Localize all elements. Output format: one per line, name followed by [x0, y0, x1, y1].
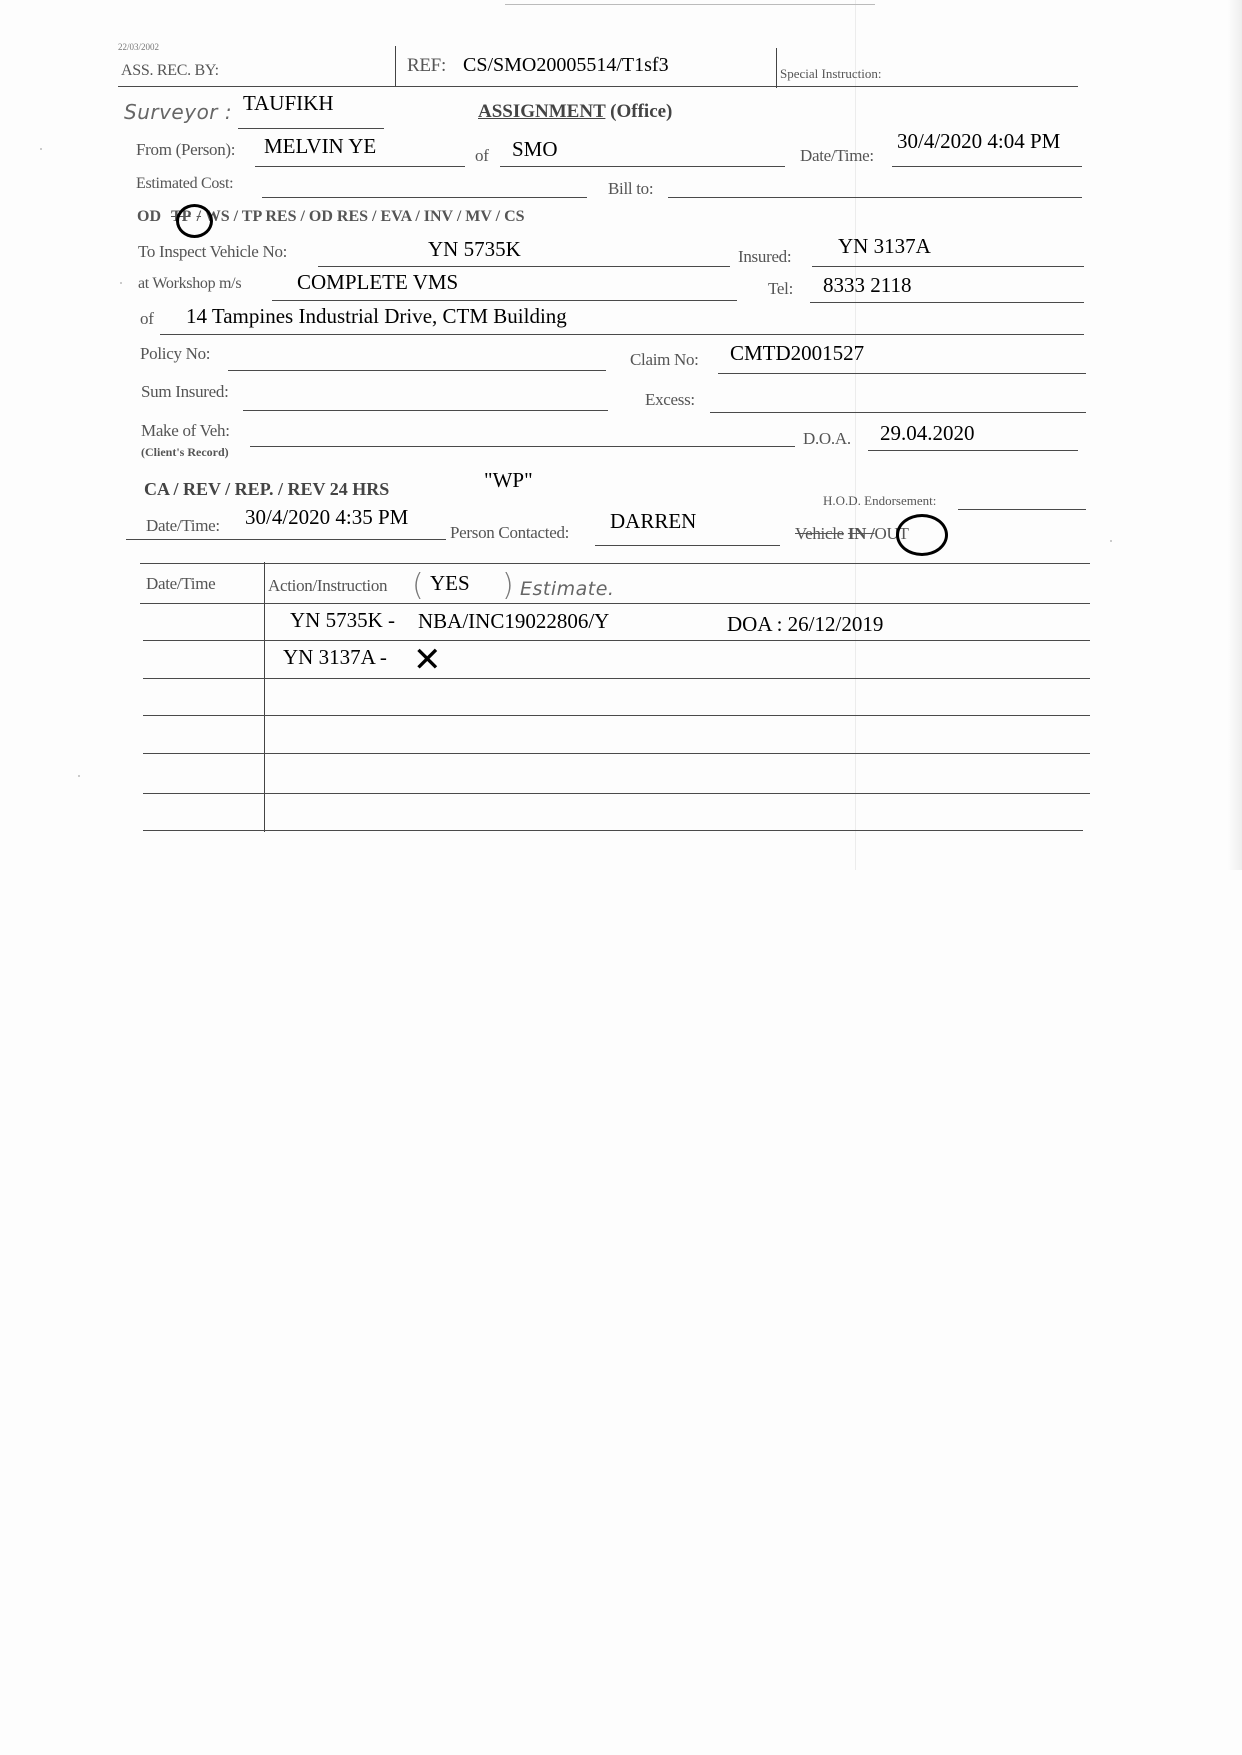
scan-edge-shadow [1228, 0, 1242, 870]
table-row-border [143, 753, 1090, 754]
claim-type-od[interactable]: OD [137, 208, 161, 225]
insured-value[interactable]: YN 3137A [838, 234, 931, 259]
workshop-label: at Workshop m/s [138, 275, 241, 293]
table-row-border [143, 678, 1090, 679]
tel-label: Tel: [768, 279, 793, 299]
hod-endorsement-field[interactable] [958, 509, 1086, 510]
claim-type-others[interactable]: WS / TP RES / OD RES / EVA / INV / MV / … [205, 208, 525, 225]
vehicle-in-option[interactable]: IN / [848, 524, 875, 543]
inspect-vehicle-label: To Inspect Vehicle No: [138, 242, 287, 262]
doa-value[interactable]: 29.04.2020 [880, 421, 975, 446]
person-contacted-value[interactable]: DARREN [610, 509, 696, 534]
speck [120, 282, 122, 284]
special-instruction-label: Special Instruction: [780, 66, 881, 82]
from-person-underline [255, 166, 465, 167]
contact-datetime-underline [126, 539, 446, 540]
of-value[interactable]: SMO [512, 137, 558, 162]
action-paren-value[interactable]: YES [430, 571, 470, 596]
scan-artifact-top-line [505, 4, 875, 5]
action-handwritten-note: Estimate. [520, 578, 614, 600]
datetime-underline [892, 166, 1082, 167]
table-row-border [143, 640, 1090, 641]
person-contacted-label: Person Contacted: [450, 523, 569, 543]
address-label: of [140, 309, 154, 329]
estimated-cost-label: Estimated Cost: [136, 175, 233, 193]
datetime-label: Date/Time: [800, 146, 874, 166]
tel-value[interactable]: 8333 2118 [823, 273, 911, 298]
address-underline [160, 334, 1084, 335]
workshop-underline [272, 300, 737, 301]
estimated-cost-field[interactable] [262, 197, 587, 198]
col-header-action: Action/Instruction [268, 576, 387, 596]
header-separator-1 [395, 46, 396, 86]
col-header-datetime: Date/Time [146, 574, 215, 594]
inspect-vehicle-value[interactable]: YN 5735K [428, 237, 521, 262]
wp-note: "WP" [484, 468, 533, 493]
datetime-value[interactable]: 30/4/2020 4:04 PM [897, 129, 1060, 154]
vehicle-label: Vehicle [795, 524, 844, 543]
paren-open: ( [412, 568, 424, 603]
make-of-veh-field[interactable] [250, 446, 795, 447]
contact-datetime-label: Date/Time: [146, 516, 220, 536]
tp-selected-circle [176, 204, 213, 238]
speck [1110, 540, 1112, 542]
table-row-border [143, 793, 1090, 794]
make-of-veh-label: Make of Veh: [141, 421, 230, 441]
vehicle-in-out[interactable]: Vehicle IN /OUT [795, 524, 909, 544]
cross-mark-icon: ✕ [413, 640, 442, 680]
table-row-border [143, 715, 1090, 716]
table-top-border [140, 563, 1090, 564]
surveyor-value[interactable]: TAUFIKH [243, 91, 333, 116]
person-contacted-underline [595, 545, 780, 546]
contact-options[interactable]: CA / REV / REP. / REV 24 HRS [144, 479, 389, 500]
row-vehicle: YN 3137A - [283, 645, 387, 670]
vehicle-out-selected-circle [896, 514, 948, 556]
row-detail: NBA/INC19022806/Y [418, 609, 609, 634]
scan-artifact-line [855, 0, 856, 870]
row-extra: DOA : 26/12/2019 [727, 612, 883, 637]
hod-endorsement-label: H.O.D. Endorsement: [823, 493, 936, 509]
title-suffix: (Office) [610, 101, 672, 122]
surveyor-underline [238, 128, 384, 129]
excess-label: Excess: [645, 390, 695, 410]
row-vehicle: YN 5735K - [290, 608, 395, 633]
ref-value[interactable]: CS/SMO20005514/T1sf3 [463, 54, 669, 77]
sum-insured-field[interactable] [243, 410, 608, 411]
insured-label: Insured: [738, 247, 791, 267]
bill-to-field[interactable] [668, 197, 1082, 198]
policy-no-field[interactable] [228, 370, 606, 371]
of-underline [500, 166, 785, 167]
inspect-vehicle-underline [318, 266, 730, 267]
title-main: ASSIGNMENT [478, 101, 605, 122]
header-separator-2 [776, 48, 777, 88]
bill-to-label: Bill to: [608, 179, 653, 199]
contact-datetime-value[interactable]: 30/4/2020 4:35 PM [245, 505, 408, 530]
sum-insured-label: Sum Insured: [141, 382, 229, 402]
speck [40, 148, 42, 150]
page-title: ASSIGNMENT (Office) [478, 101, 672, 123]
table-header-border [140, 603, 1090, 604]
make-of-veh-sublabel: (Client's Record) [141, 445, 229, 460]
workshop-value[interactable]: COMPLETE VMS [297, 270, 458, 295]
ass-rec-by-label: ASS. REC. BY: [121, 62, 219, 80]
of-label: of [475, 146, 489, 166]
paren-close: ) [502, 568, 514, 603]
small-date: 22/03/2002 [118, 42, 159, 52]
address-value[interactable]: 14 Tampines Industrial Drive, CTM Buildi… [186, 304, 567, 329]
surveyor-label: Surveyor : [124, 100, 232, 124]
insured-underline [812, 266, 1084, 267]
ref-label: REF: [407, 55, 446, 77]
header-divider [118, 86, 1078, 87]
claim-no-underline [718, 373, 1086, 374]
doa-label: D.O.A. [803, 429, 851, 449]
from-person-value[interactable]: MELVIN YE [264, 134, 376, 159]
table-bottom-border [143, 830, 1083, 831]
speck [78, 775, 80, 777]
claim-no-label: Claim No: [630, 350, 699, 370]
claim-no-value[interactable]: CMTD2001527 [730, 341, 864, 366]
doa-underline [868, 450, 1078, 451]
excess-field[interactable] [710, 412, 1086, 413]
from-person-label: From (Person): [136, 140, 235, 160]
policy-no-label: Policy No: [140, 344, 210, 364]
tel-underline [810, 302, 1084, 303]
